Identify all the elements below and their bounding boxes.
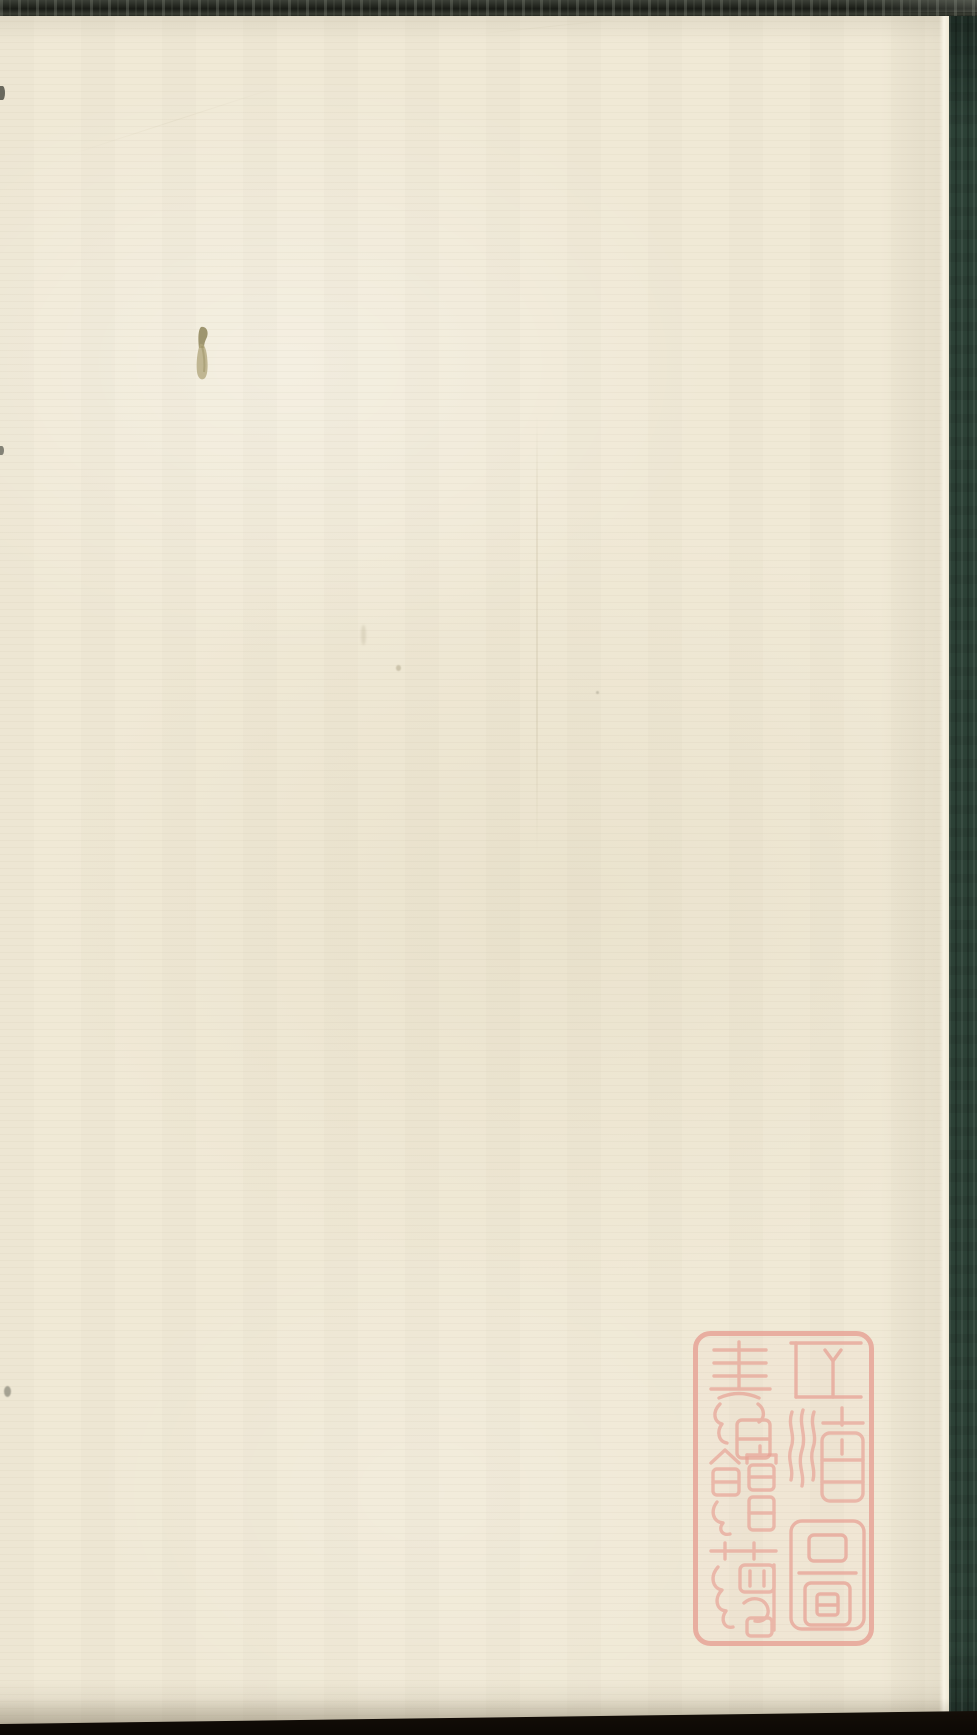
edge-nick [4, 1386, 11, 1397]
library-seal-stamp: 上海圖書館藏 [692, 1330, 875, 1647]
book-cover-edge-right [949, 0, 977, 1735]
edge-nick [0, 86, 5, 100]
paper-speck [361, 625, 366, 645]
book-cover-edge-top-highlight [857, 0, 977, 12]
paper-speck [396, 665, 401, 671]
book-cover-edge-top [0, 0, 977, 16]
edge-nick [0, 446, 4, 455]
paper-crease [536, 415, 538, 855]
scan-page: 上海圖書館藏 [0, 0, 977, 1735]
paper-speck [596, 691, 599, 694]
seal-graphic [692, 1330, 875, 1647]
paper-stain-shape [188, 324, 218, 384]
paper-stain [188, 324, 218, 384]
seal-border [696, 1334, 872, 1644]
